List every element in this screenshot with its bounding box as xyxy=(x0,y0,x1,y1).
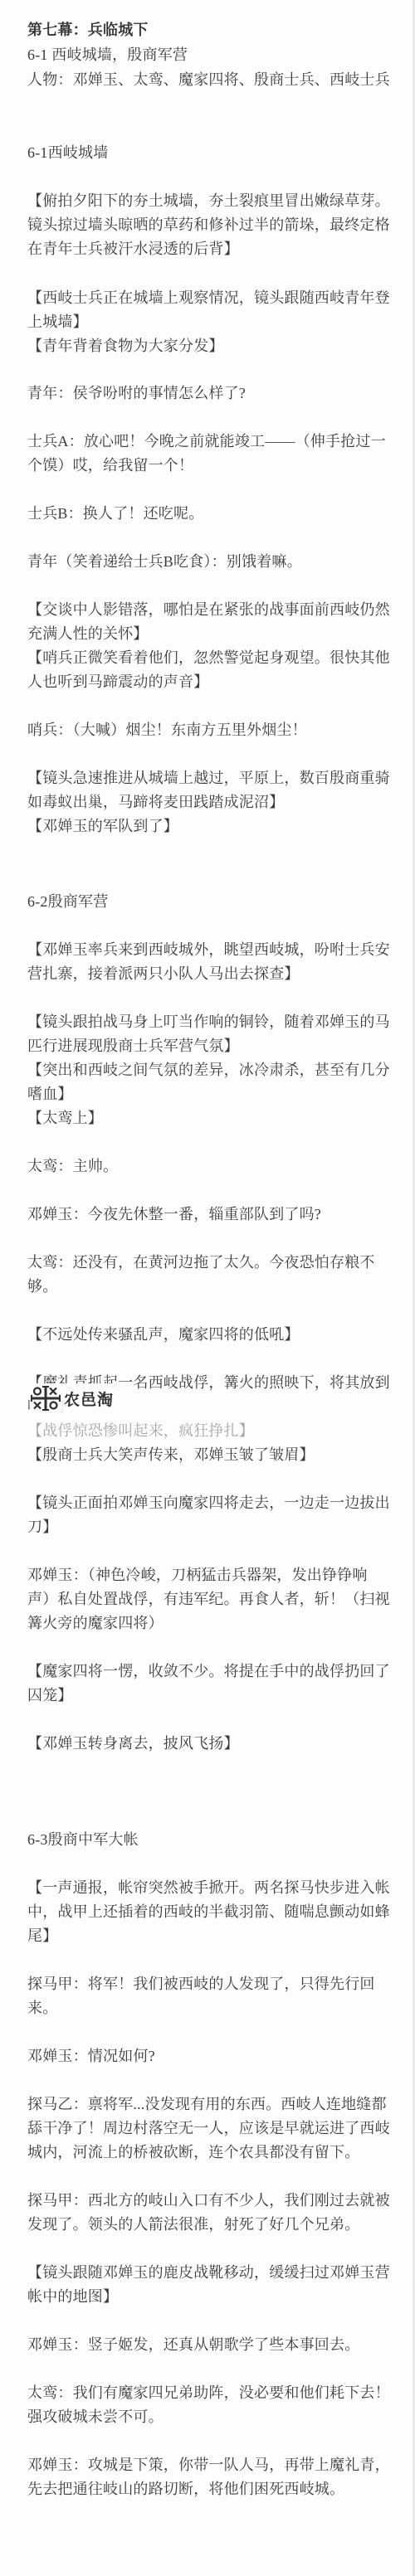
script-line: 【殷商士兵大笑声传来，邓婵玉皱了皱眉】 xyxy=(27,1443,315,1466)
script-line: 【哨兵正微笑看着他们，忽然警觉起身观望。很快其他 xyxy=(27,646,390,669)
script-line: 如毒蚁出巢，马蹄将麦田践踏成泥沼】 xyxy=(27,790,284,814)
script-line: 【邓婵玉转身离去，披风飞扬】 xyxy=(27,1732,239,1755)
script-line: 6-1西岐城墙 xyxy=(27,141,108,164)
script-line: 探马乙：禀将军...没发现有用的东西。西岐人连地缝都 xyxy=(27,2092,387,2116)
script-line: 【俯拍夕阳下的夯土城墙，夯土裂痕里冒出嫩绿草芽。 xyxy=(27,189,390,212)
script-line: 充满人性的关怀】 xyxy=(27,622,149,645)
script-line: 太鸾：主帅。 xyxy=(27,1154,118,1178)
script-line: 中，战甲上还插着的西岐的半截羽箭、随喘息颤动如蜂 xyxy=(27,1900,390,1923)
script-line: 营扎寨，接着派两只小队人马出去探查】 xyxy=(27,962,300,985)
script-line: 哨兵：（大喊）烟尘！东南方五里外烟尘！ xyxy=(27,718,307,741)
script-line: 6-2殷商军营 xyxy=(27,890,108,913)
script-line: 先去把通往岐山的路切断，将他们困死西岐城。 xyxy=(27,2477,344,2501)
script-line: 探马甲：将军！我们被西岐的人发现了，只得先行回 xyxy=(27,1972,375,1995)
script-line: 第七幕：兵临城下 xyxy=(27,18,149,41)
script-line: 青年：侯爷吩咐的事情怎么样了? xyxy=(27,382,246,405)
script-line: 发现了。领头的人箭法很准，射死了好几个兄弟。 xyxy=(27,2213,359,2236)
script-line: 【青年背着食物为大家分发】 xyxy=(27,334,224,357)
script-line: 帐中的地图】 xyxy=(27,2285,118,2308)
script-line: 强攻破城未尝不可。 xyxy=(27,2405,164,2428)
script-line: 邓婵玉：情况如何? xyxy=(27,2044,155,2068)
script-line: 【邓婵玉率兵来到西岐城外，眺望西岐城，吩咐士兵安 xyxy=(27,938,390,961)
script-line: 来。 xyxy=(27,1996,57,2019)
script-line: 声）私自处置战俘，有违军纪。再食人者，斩！（扫视 xyxy=(27,1587,390,1611)
script-line: 个馍）哎，给我留一个！ xyxy=(27,454,193,477)
script-line: 镜头掠过墙头晾晒的草药和修补过半的箭垛，最终定格 xyxy=(27,213,390,236)
script-line: 邓婵玉：今夜先休整一番，辎重部队到了吗? xyxy=(27,1203,321,1226)
watermark-logo-icon xyxy=(30,1385,61,1412)
script-line: 【邓婵玉的军队到了】 xyxy=(27,814,178,838)
script-document: 第七幕：兵临城下6-1 西岐城墙，殷商军营人物：邓婵玉、太鸾、魔家四将、殷商士兵… xyxy=(0,0,415,2576)
script-line: 士兵B：换人了！还吃呢。 xyxy=(27,502,203,525)
script-line: 人也听到马蹄震动的声音】 xyxy=(27,670,208,693)
script-line: 太鸾：我们有魔家四兄弟助阵，没必要和他们耗下去！ xyxy=(27,2381,390,2404)
script-line: 邓婵玉：攻城是下策，你带一队人马，再带上魔礼青， xyxy=(27,2453,390,2476)
script-line: 探马甲：西北方的岐山入口有不少人，我们刚过去就被 xyxy=(27,2189,390,2212)
script-line: 尾】 xyxy=(27,1924,57,1947)
script-line: 篝火旁的魔家四将） xyxy=(27,1611,164,1635)
script-line: 【交谈中人影错落，哪怕是在紧张的战事面前西岐仍然 xyxy=(27,598,390,621)
script-line: 在青年士兵被汗水浸透的后背】 xyxy=(27,237,239,260)
script-line: 刀】 xyxy=(27,1515,57,1538)
script-line: 【战俘惊恐惨叫起来，疯狂挣扎】 xyxy=(27,1419,254,1442)
script-line: 太鸾：还没有，在黄河边拖了太久。今夜恐怕存粮不 xyxy=(27,1251,375,1274)
script-line: 【突出和西岐之间气氛的差异，冰冷肃杀，甚至有几分 xyxy=(27,1058,390,1081)
watermark: 农邑淘 xyxy=(30,1383,122,1413)
watermark-brand-text: 农邑淘 xyxy=(64,1388,114,1410)
script-line: 囚笼】 xyxy=(27,1684,73,1707)
script-line: 邓婵玉：竖子姬发，还真从朝歌学了些本事回去。 xyxy=(27,2333,359,2356)
script-line: 【一声通报，帐帘突然被手掀开。两名探马快步进入帐 xyxy=(27,1876,390,1899)
script-line: 【镜头急速推进从城墙上越过，平原上，数百殷商重骑 xyxy=(27,766,390,790)
script-line: 【西岐士兵正在城墙上观察情况，镜头跟随西岐青年登 xyxy=(27,286,390,309)
script-line: 【镜头正面拍邓婵玉向魔家四将走去，一边走一边拔出 xyxy=(27,1491,390,1514)
script-line: 青年（笑着递给士兵B吃食）：别饿着嘛。 xyxy=(27,550,302,573)
script-line: 上城墙】 xyxy=(27,310,88,333)
script-line: 【镜头跟拍战马身上叮当作响的铜铃，随着邓婵玉的马 xyxy=(27,1010,390,1033)
script-line: 匹行进展现殷商士兵军营气氛】 xyxy=(27,1034,239,1057)
script-line: 嗜血】 xyxy=(27,1082,73,1106)
script-line: 6-1 西岐城墙，殷商军营 xyxy=(27,43,188,66)
script-line: 人物：邓婵玉、太鸾、魔家四将、殷商士兵、西岐士兵 xyxy=(27,68,390,91)
script-line: 士兵A：放心吧！今晚之前就能竣工——（伸手抢过一 xyxy=(27,430,386,453)
script-line: 【魔家四将一愣，收敛不少。将提在手中的战俘扔回了 xyxy=(27,1660,390,1683)
script-line: 城内，河流上的桥被砍断，连个农具都没有留下。 xyxy=(27,2141,359,2164)
script-line: 邓婵玉：（神色冷峻，刀柄猛击兵器架，发出铮铮响 xyxy=(27,1563,368,1587)
script-line: 【不远处传来骚乱声，魔家四将的低吼】 xyxy=(27,1323,300,1346)
script-line: 舔干净了！周边村落空无一人，应该是早就运进了西岐 xyxy=(27,2117,390,2140)
script-line: 够。 xyxy=(27,1275,57,1298)
script-line: 【镜头跟随邓婵玉的鹿皮战靴移动，缓缓扫过邓婵玉营 xyxy=(27,2261,390,2284)
script-line: 6-3殷商中军大帐 xyxy=(27,1828,139,1851)
script-line: 【太鸾上】 xyxy=(27,1106,103,1130)
